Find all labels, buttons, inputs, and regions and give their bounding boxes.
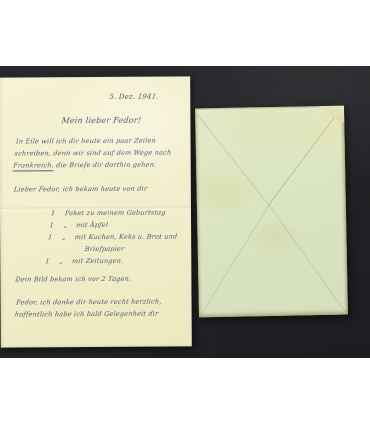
letter-paragraph-3: Dein Bild bekam ich vor 2 Tagen. <box>15 273 132 286</box>
letter-line: Frankreich, die Briefe dir dorthin gehen… <box>13 159 171 172</box>
letter-paper: 5. Dez. 1941. Mein lieber Fedor! In Eile… <box>0 76 192 347</box>
list-item: 1 „ mit Zeitungen. <box>45 255 176 268</box>
list-item-qty: 1 <box>45 255 60 267</box>
letter-date: 5. Dez. 1941. <box>109 91 160 103</box>
letter-line: hoffentlich habe ich bald Gelegenheit di… <box>14 308 161 321</box>
letter-line-tail: die Briefe dir dorthin gehen. <box>54 161 157 170</box>
list-item: 1 „ mit Kuchen, Keks u. Brot und <box>47 230 178 243</box>
list-item-text: Paket zu meinem Geburtstag <box>64 207 166 220</box>
list-item-qty: 1 <box>47 231 62 243</box>
letter-line: Fedor, ich danke dir heute recht herzlic… <box>16 296 163 309</box>
list-item-text: „ mit Kuchen, Keks u. Brot und <box>61 230 178 243</box>
letter-salutation: Mein lieber Fedor! <box>61 115 142 127</box>
list-item-text: „ mit Äpfel <box>63 219 109 231</box>
product-photo: 5. Dez. 1941. Mein lieber Fedor! In Eile… <box>0 0 370 423</box>
list-item: 1 Paket zu meinem Geburtstag <box>50 206 181 219</box>
photo-mat: 5. Dez. 1941. Mein lieber Fedor! In Eile… <box>0 66 370 358</box>
letter-paragraph-4: Fedor, ich danke dir heute recht herzlic… <box>14 296 162 321</box>
list-item-qty: 1 <box>50 207 65 219</box>
envelope <box>195 106 348 318</box>
letter-paragraph-2: Lieber Fedor, ich bekam heute von dir <box>13 183 148 196</box>
list-item-qty: 1 <box>49 219 64 231</box>
letter-line: schreiben, denn wir sind auf dem Wege na… <box>14 147 172 160</box>
underlined-word: Frankreich, <box>13 161 55 171</box>
list-item-text: „ mit Zeitungen. <box>59 255 124 267</box>
envelope-flap-creases <box>195 106 348 318</box>
letter-parcel-list: 1 Paket zu meinem Geburtstag 1 „ mit Äpf… <box>45 206 181 267</box>
list-item-continuation: Briefpapier <box>46 243 177 256</box>
letter-paragraph-1: In Eile will ich dir heute ein paar Zeil… <box>13 135 174 172</box>
list-item-text: Briefpapier <box>84 243 125 255</box>
letter-line: In Eile will ich dir heute ein paar Zeil… <box>15 135 173 148</box>
list-item: 1 „ mit Äpfel <box>49 218 180 231</box>
